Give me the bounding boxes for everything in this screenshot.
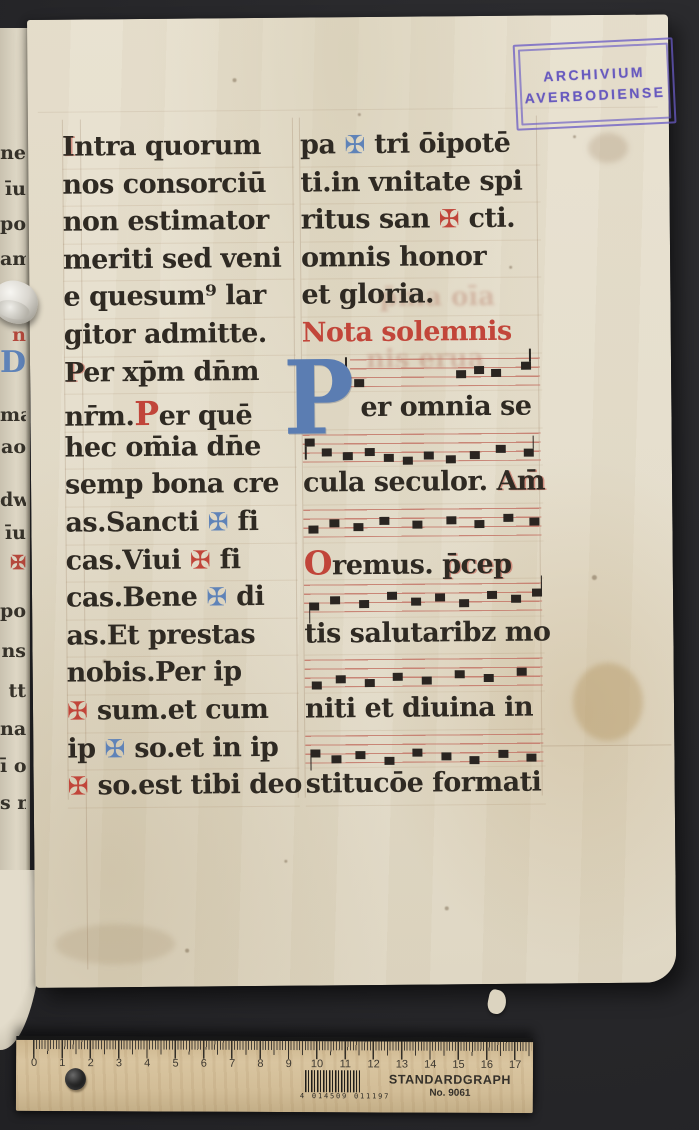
facing-page-text-fragment: n <box>0 322 26 348</box>
parchment-speck <box>233 78 237 82</box>
neume-square <box>441 752 451 760</box>
ruler-cm-number: 2 <box>88 1057 94 1069</box>
music-staff-lines <box>305 733 543 763</box>
parchment-speck <box>573 135 576 138</box>
text-segment: fi <box>211 544 241 575</box>
neume-stem <box>309 611 311 624</box>
text-line: cas.Bene ✠ di <box>66 581 298 621</box>
neume-square <box>384 756 394 764</box>
archive-stamp-border: ARCHIVIUM AVERBODIENSE <box>518 43 671 126</box>
neume-square <box>364 679 374 687</box>
text-segment: di <box>227 581 264 612</box>
parchment-speck <box>592 575 597 580</box>
ruler-cm-number: 9 <box>286 1058 292 1070</box>
text-segment: nos consorciū <box>62 168 266 201</box>
text-segment: O <box>304 543 333 582</box>
text-segment: stitucōe formati <box>306 767 542 800</box>
neume-square <box>393 673 403 681</box>
text-segment: P <box>134 394 159 433</box>
text-segment: gitor admitte. <box>64 318 267 351</box>
text-segment: e quesum⁹ lar <box>63 280 266 313</box>
parchment-speck <box>445 906 449 910</box>
parchment-speck <box>358 113 361 116</box>
parchment-chip <box>486 988 509 1015</box>
cross-ornament: ✠ <box>344 130 365 159</box>
text-segment: pa <box>300 129 345 160</box>
ruler-cm-number: 17 <box>509 1059 521 1071</box>
text-line: pa ✠ tri ōipotē <box>300 128 540 168</box>
text-segment: fi <box>229 506 259 537</box>
cross-ornament: ✠ <box>190 545 211 574</box>
neume-square <box>456 370 466 378</box>
text-segment: et gloria. <box>301 279 434 311</box>
cross-ornament: ✠ <box>104 734 125 763</box>
text-line: non estimator <box>63 205 295 245</box>
stamp-line1: ARCHIVIUM <box>543 63 645 84</box>
ruler-cm-number: 6 <box>201 1058 207 1070</box>
archive-stamp: ARCHIVIUM AVERBODIENSE <box>513 37 677 130</box>
music-staff-lines <box>304 583 542 613</box>
neume-square <box>403 456 413 464</box>
ruler-cm-number: 16 <box>481 1059 493 1071</box>
neume-square <box>355 751 365 759</box>
parchment-speck <box>185 949 189 953</box>
neume-square <box>309 603 319 611</box>
ruler-cm-number: 7 <box>229 1058 235 1070</box>
text-line: gitor admitte. <box>64 318 296 358</box>
text-segment: cas.Bene <box>66 582 207 614</box>
neume-square <box>495 445 505 453</box>
neume-square <box>384 454 394 462</box>
neume-square <box>455 671 465 679</box>
neume-square <box>487 591 497 599</box>
neume-square <box>524 448 534 456</box>
text-segment: P <box>64 357 83 388</box>
text-segment: tri ōipotē <box>365 128 510 160</box>
neume-stem <box>529 348 531 361</box>
left-text-column: Intra quorumnos consorciūnon estimatorme… <box>62 130 300 809</box>
ruler-cm-number: 4 <box>144 1057 150 1069</box>
ruler-cm-number: 14 <box>424 1059 436 1071</box>
music-staff-lines <box>350 357 540 387</box>
facing-page-text-fragment: D <box>0 350 26 376</box>
facing-page-text-fragment: ao <box>0 434 26 460</box>
music-staff-row <box>303 503 543 543</box>
ruler-cm-number: 8 <box>257 1058 263 1070</box>
neume-square <box>365 448 375 456</box>
parchment-stain <box>588 133 628 163</box>
text-line: semp bona cre <box>65 468 297 508</box>
text-segment: p̄cep <box>442 548 512 580</box>
text-segment: nr̄m. <box>64 401 134 433</box>
neume-square <box>310 749 320 757</box>
neume-square <box>308 525 318 533</box>
cross-ornament: ✠ <box>206 582 227 611</box>
facing-page-text-fragment: ī om <box>0 753 26 779</box>
parchment-stain <box>573 663 644 742</box>
facing-page-text-fragment: īu <box>0 176 26 202</box>
text-segment: niti et diuina in <box>305 692 533 725</box>
text-segment: cti. <box>459 203 515 234</box>
ruler-cm-number: 15 <box>452 1059 464 1071</box>
neume-square <box>532 589 542 597</box>
neume-square <box>312 682 322 690</box>
text-line: Per xp̄m dn̄m <box>64 355 296 395</box>
ruling-line-horizontal <box>541 744 671 746</box>
ruler-brand: STANDARDGRAPH <box>388 1072 512 1087</box>
text-line: ritus san ✠ cti. <box>301 203 541 243</box>
text-line: cas.Viui ✠ fi <box>66 543 298 583</box>
text-line: e quesum⁹ lar <box>63 280 295 320</box>
music-staff-row <box>305 654 545 694</box>
neume-square <box>470 756 480 764</box>
text-segment: cula seculor. <box>303 466 497 499</box>
text-line: nobis.Per ip <box>67 656 299 696</box>
music-staff-row <box>304 579 544 619</box>
cross-ornament: ✠ <box>67 696 88 725</box>
manuscript-page: ARCHIVIUM AVERBODIENSE p̄ma oīanis erua … <box>27 14 676 988</box>
text-segment: ntra quorum <box>74 130 261 163</box>
neume-square <box>353 523 363 531</box>
text-segment: er xp̄m dn̄m <box>83 356 259 389</box>
book-fore-edge <box>0 28 30 1008</box>
neume-square <box>380 517 390 525</box>
neume-square <box>336 676 346 684</box>
scale-ruler: 01234567891011121314151617 4 014509 0111… <box>16 1036 533 1113</box>
ruler-cm-number: 3 <box>116 1057 122 1069</box>
neume-square <box>435 593 445 601</box>
ink-bleedthrough: p̄ma oīanis erua <box>27 14 668 20</box>
text-segment: omnis honor <box>301 241 486 274</box>
ruler-hanging-hole <box>65 1068 86 1090</box>
cross-ornament: ✠ <box>208 507 229 536</box>
ruler-cm-number: 10 <box>311 1058 323 1070</box>
text-segment: so.et in ip <box>125 731 278 763</box>
text-segment: remus. <box>332 549 442 581</box>
text-segment: ip <box>67 733 104 764</box>
ruler-barcode-digits: 4 014509 011197 <box>300 1092 390 1100</box>
facing-page-text-fragment: am <box>0 246 26 272</box>
facing-page-text-fragment: dw <box>0 487 26 513</box>
text-segment: hec om̄ia dn̄e <box>65 431 261 464</box>
neume-square <box>413 521 423 529</box>
neume-square <box>516 668 526 676</box>
neume-square <box>483 674 493 682</box>
text-segment: non estimator <box>63 205 269 238</box>
text-line: cula seculor. Am̄ <box>303 466 543 506</box>
neume-square <box>424 451 434 459</box>
neume-square <box>475 520 485 528</box>
neume-square <box>332 755 342 763</box>
neume-square <box>474 366 484 374</box>
text-line: ✠ sum.et cum <box>67 694 299 734</box>
neume-square <box>503 514 513 522</box>
text-segment: ti.in vnitate spi <box>300 165 522 198</box>
neume-square <box>446 516 456 524</box>
music-staff-lines <box>303 507 541 537</box>
facing-page-text-fragment: s nu <box>0 790 26 816</box>
text-segment: sum.et cum <box>88 694 269 727</box>
facing-page-text-fragment: nat <box>0 716 26 742</box>
neume-square <box>446 455 456 463</box>
text-line: meriti sed veni <box>63 242 295 282</box>
right-text-column: pa ✠ tri ōipotēti.in vnitate spiritus sa… <box>300 128 546 807</box>
text-segment: semp bona cre <box>65 468 279 501</box>
music-staff-row <box>305 729 545 769</box>
text-line: Oremus. p̄cep <box>304 541 544 581</box>
facing-page-text-fragment: po <box>0 211 26 237</box>
neume-square <box>359 600 369 608</box>
text-line: niti et diuina in <box>305 691 545 731</box>
facing-page-text-fragment: tt <box>0 678 26 704</box>
text-segment: as.Sancti <box>65 506 208 538</box>
cross-ornament: ✠ <box>68 772 89 801</box>
ruler-cm-number: 1 <box>59 1057 65 1069</box>
text-line: omnis honor <box>301 240 541 280</box>
facing-page-text-fragment: īu <box>0 520 26 546</box>
text-segment: er omnia se <box>360 391 531 423</box>
text-segment: cas.Viui <box>66 544 190 576</box>
ruler-cm-number: 12 <box>367 1058 379 1070</box>
neume-square <box>330 519 340 527</box>
ruler-cm-ticks <box>33 1040 531 1060</box>
neume-square <box>529 517 539 525</box>
neume-square <box>469 451 479 459</box>
text-line: nos consorciū <box>62 167 294 207</box>
ruler-cm-number: 13 <box>396 1059 408 1071</box>
text-line: ✠ so.est tibi deo <box>68 769 300 809</box>
ruler-cm-number: 11 <box>340 1058 351 1070</box>
text-segment: so.est tibi deo <box>89 769 302 802</box>
neume-stem <box>310 757 312 770</box>
text-line: as.Et prestas <box>66 618 298 658</box>
neume-square <box>411 598 421 606</box>
facing-page-text-fragment: ✠ <box>0 550 26 576</box>
ruler-cm-number: 5 <box>172 1058 178 1070</box>
illuminated-initial-p: P <box>283 347 354 450</box>
text-line: as.Sancti ✠ fi <box>65 506 297 546</box>
text-line: et gloria. <box>301 278 541 318</box>
neume-square <box>491 368 501 376</box>
cross-ornament: ✠ <box>439 204 460 233</box>
neume-stem <box>532 435 534 448</box>
neume-square <box>330 596 340 604</box>
digitization-photo: neīupoamnDmaaodwīu✠ponsttnatī oms nu ARC… <box>0 0 699 1130</box>
text-segment: I <box>62 132 74 163</box>
neume-square <box>459 599 469 607</box>
facing-page-text-fragment: ne <box>0 140 26 166</box>
text-segment: tis salutaribz mo <box>304 616 550 649</box>
parchment-speck <box>284 860 287 863</box>
text-segment: ritus san <box>301 204 439 236</box>
facing-page-text-fragment: ns <box>0 638 26 664</box>
text-segment: meriti sed veni <box>63 243 282 276</box>
text-segment: er quē <box>158 400 252 432</box>
facing-page-text-fragment: ma <box>0 402 26 428</box>
neume-square <box>421 677 431 685</box>
text-segment: nobis.Per ip <box>67 656 242 689</box>
text-line: stitucōe formati <box>306 767 546 807</box>
neume-square <box>387 592 397 600</box>
facing-page-text-fragment: po <box>0 598 26 624</box>
neume-square <box>498 749 508 757</box>
neume-square <box>354 379 364 387</box>
neume-square <box>521 361 531 369</box>
parchment-stain <box>55 924 175 965</box>
text-line: tis salutaribz mo <box>304 616 544 656</box>
text-line: ti.in vnitate spi <box>300 165 540 205</box>
text-segment: Am̄ <box>496 466 545 497</box>
ruler-cm-number: 0 <box>31 1057 37 1069</box>
text-line: Intra quorum <box>62 130 294 170</box>
neume-stem <box>541 576 543 589</box>
neume-square <box>511 595 521 603</box>
neume-square <box>527 753 537 761</box>
text-segment: as.Et prestas <box>66 619 255 652</box>
parchment-specks <box>27 14 668 20</box>
ruler-model-number: No. 9061 <box>388 1087 512 1099</box>
neume-square <box>412 748 422 756</box>
text-line: ip ✠ so.et in ip <box>67 731 299 771</box>
text-line: hec om̄ia dn̄e <box>65 430 297 470</box>
stamp-line2: AVERBODIENSE <box>524 83 666 106</box>
music-staff-lines <box>305 658 543 688</box>
text-line: nr̄m.Per quē <box>64 393 296 433</box>
ruler-barcode <box>305 1070 360 1092</box>
